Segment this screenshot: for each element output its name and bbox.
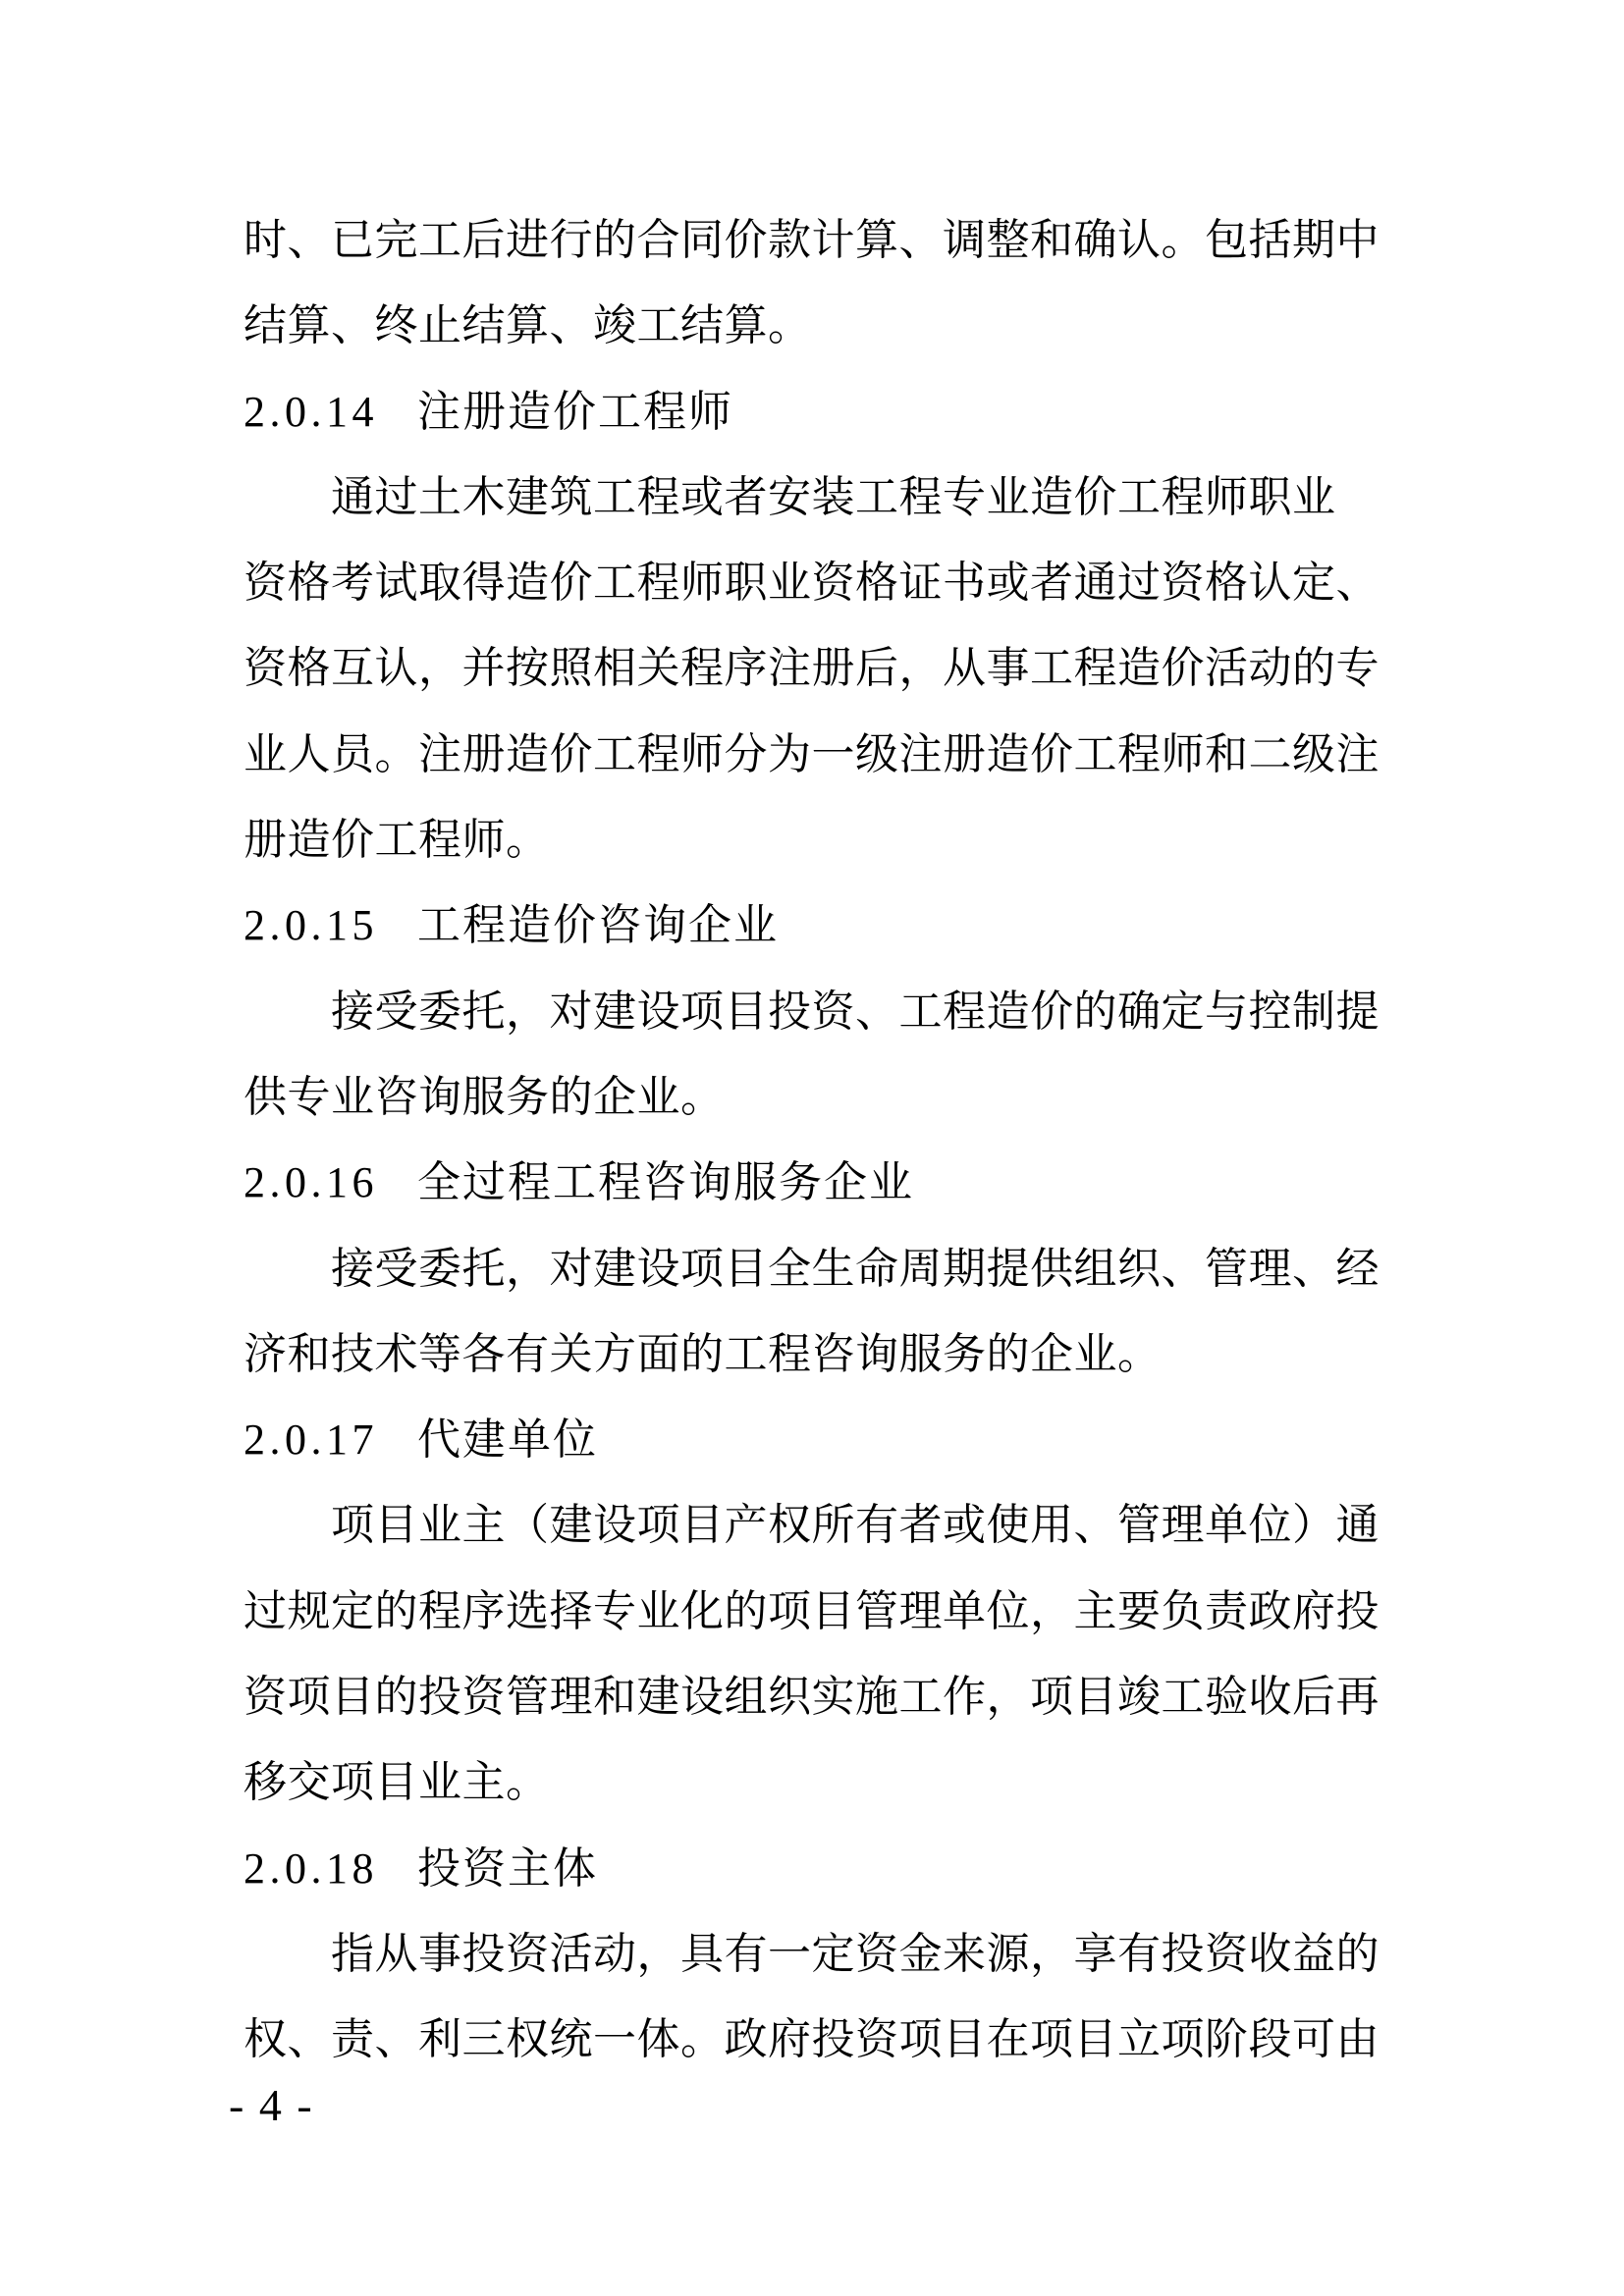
section-number: 2.0.18 bbox=[244, 1826, 378, 1911]
section-number: 2.0.15 bbox=[244, 882, 378, 968]
page-number: - 4 - bbox=[229, 2083, 314, 2128]
section-heading-2-0-15: 2.0.15工程造价咨询企业 bbox=[244, 882, 1392, 968]
section-title: 全过程工程咨询服务企业 bbox=[417, 1158, 914, 1206]
paragraph-line: 指从事投资活动，具有一定资金来源，享有投资收益的 bbox=[244, 1911, 1392, 1997]
paragraph-line: 项目业主（建设项目产权所有者或使用、管理单位）通 bbox=[244, 1482, 1392, 1568]
section-heading-2-0-14: 2.0.14注册造价工程师 bbox=[244, 369, 1392, 454]
paragraph-line: 业人员。注册造价工程师分为一级注册造价工程师和二级注 bbox=[244, 712, 1392, 797]
section-number: 2.0.17 bbox=[244, 1397, 378, 1482]
paragraph-line: 权、责、利三权统一体。政府投资项目在项目立项阶段可由 bbox=[244, 1997, 1392, 2082]
section-title: 注册造价工程师 bbox=[417, 388, 733, 436]
section-heading-2-0-16: 2.0.16全过程工程咨询服务企业 bbox=[244, 1140, 1392, 1225]
paragraph-line: 资项目的投资管理和建设组织实施工作，项目竣工验收后再 bbox=[244, 1654, 1392, 1739]
paragraph-line: 结算、终止结算、竣工结算。 bbox=[244, 283, 1392, 368]
paragraph-line: 通过土木建筑工程或者安装工程专业造价工程师职业 bbox=[244, 454, 1392, 540]
document-body: 时、已完工后进行的合同价款计算、调整和确认。包括期中 结算、终止结算、竣工结算。… bbox=[244, 197, 1392, 2083]
paragraph-line: 移交项目业主。 bbox=[244, 1739, 1392, 1825]
paragraph-line: 资格考试取得造价工程师职业资格证书或者通过资格认定、 bbox=[244, 540, 1392, 625]
paragraph-line: 时、已完工后进行的合同价款计算、调整和确认。包括期中 bbox=[244, 197, 1392, 283]
section-number: 2.0.14 bbox=[244, 369, 378, 454]
section-title: 投资主体 bbox=[417, 1844, 598, 1893]
paragraph-line: 接受委托，对建设项目投资、工程造价的确定与控制提 bbox=[244, 969, 1392, 1054]
section-heading-2-0-17: 2.0.17代建单位 bbox=[244, 1397, 1392, 1482]
section-title: 工程造价咨询企业 bbox=[417, 901, 779, 949]
paragraph-line: 接受委托，对建设项目全生命周期提供组织、管理、经 bbox=[244, 1226, 1392, 1311]
section-heading-2-0-18: 2.0.18投资主体 bbox=[244, 1826, 1392, 1911]
paragraph-line: 册造价工程师。 bbox=[244, 797, 1392, 882]
document-page: 时、已完工后进行的合同价款计算、调整和确认。包括期中 结算、终止结算、竣工结算。… bbox=[0, 0, 1624, 2296]
section-title: 代建单位 bbox=[417, 1415, 598, 1464]
paragraph-line: 过规定的程序选择专业化的项目管理单位，主要负责政府投 bbox=[244, 1569, 1392, 1654]
paragraph-line: 供专业咨询服务的企业。 bbox=[244, 1054, 1392, 1140]
paragraph-line: 资格互认，并按照相关程序注册后，从事工程造价活动的专 bbox=[244, 625, 1392, 711]
paragraph-line: 济和技术等各有关方面的工程咨询服务的企业。 bbox=[244, 1311, 1392, 1397]
section-number: 2.0.16 bbox=[244, 1140, 378, 1225]
